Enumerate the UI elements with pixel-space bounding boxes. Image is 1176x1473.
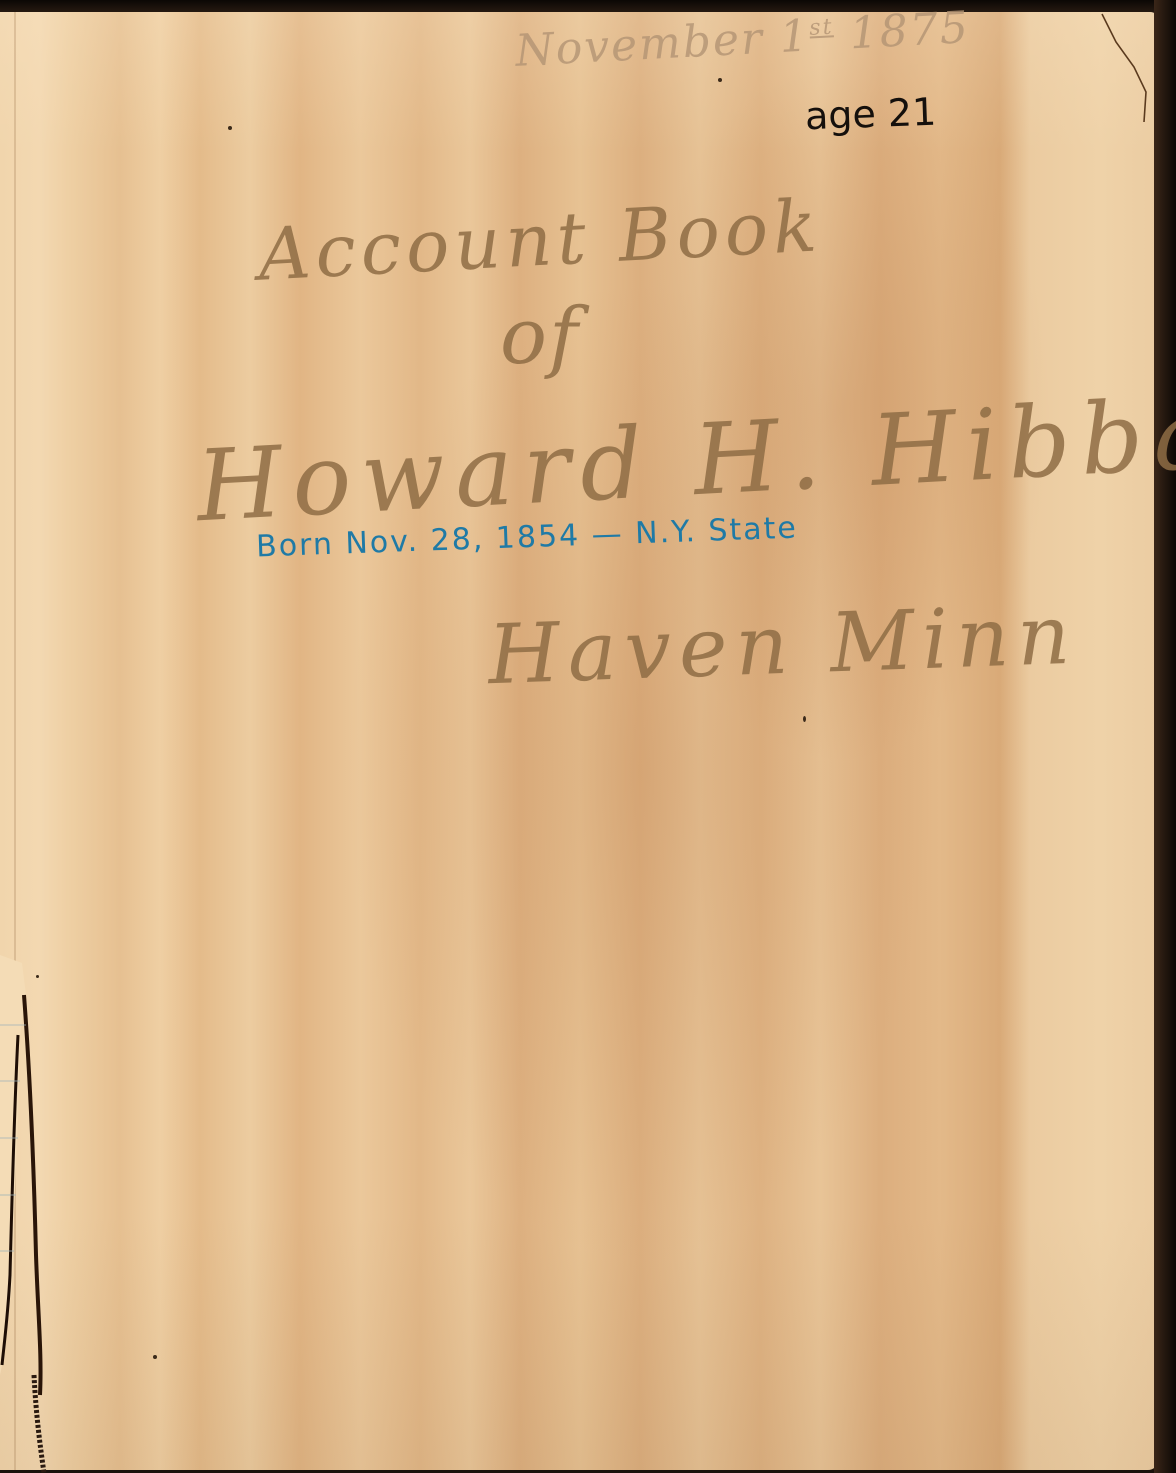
ink-speck [153, 1355, 157, 1359]
date-year: 1875 [848, 2, 970, 59]
ink-speck [718, 78, 722, 82]
scanned-page: November 1st 1875 age 21 Account Book of… [0, 0, 1176, 1473]
ink-speck [803, 716, 806, 722]
title-connector: of [500, 292, 580, 382]
ink-speck [36, 975, 39, 978]
date-ordinal: st [809, 15, 834, 41]
torn-binding-edge-icon [0, 955, 48, 1473]
age-annotation: age 21 [804, 90, 937, 139]
book-cover-edge [1154, 0, 1176, 1473]
corner-crease-icon [1094, 12, 1154, 122]
ink-speck [228, 126, 232, 130]
